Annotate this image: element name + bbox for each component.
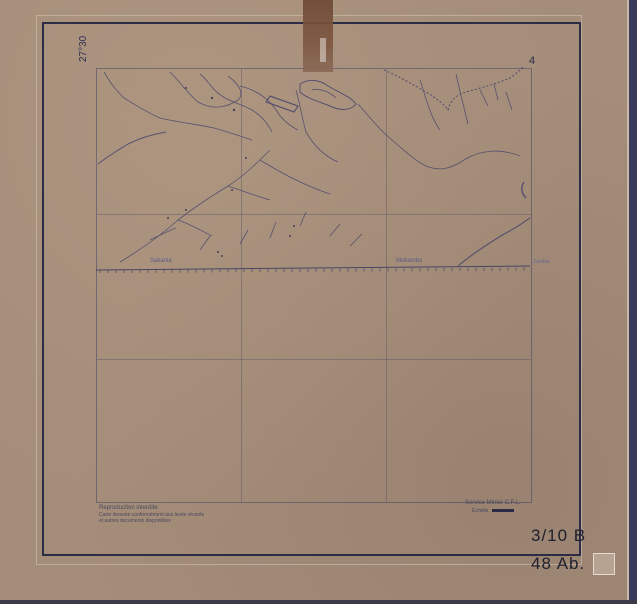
scale-bar xyxy=(492,509,514,512)
corner-coordinate-top-right: 4 xyxy=(529,55,535,67)
scale-row: Échelle xyxy=(472,508,514,514)
footer-line-2: et autres documents disponibles xyxy=(99,518,171,524)
place-label-mokambo: Mokambo xyxy=(396,258,422,264)
archive-stamp xyxy=(593,553,615,575)
border-railway-line xyxy=(96,266,530,270)
scale-label: Échelle xyxy=(472,508,488,514)
river-path xyxy=(104,72,252,140)
adhesive-tape xyxy=(303,0,333,72)
archive-number: 48 Ab. xyxy=(531,554,585,574)
service-label: Service Minier C.F.L. xyxy=(465,500,520,506)
corner-coordinate-top-left: 27°30 xyxy=(78,36,89,62)
footer-title: Reproduction interdite xyxy=(99,505,158,511)
map-features xyxy=(0,0,637,604)
place-label-sakania: Sakania xyxy=(150,258,172,264)
sheet-number: 3/10 B xyxy=(531,526,586,546)
place-label-zambie: Zambie xyxy=(533,259,550,265)
tape-glare xyxy=(320,38,326,62)
